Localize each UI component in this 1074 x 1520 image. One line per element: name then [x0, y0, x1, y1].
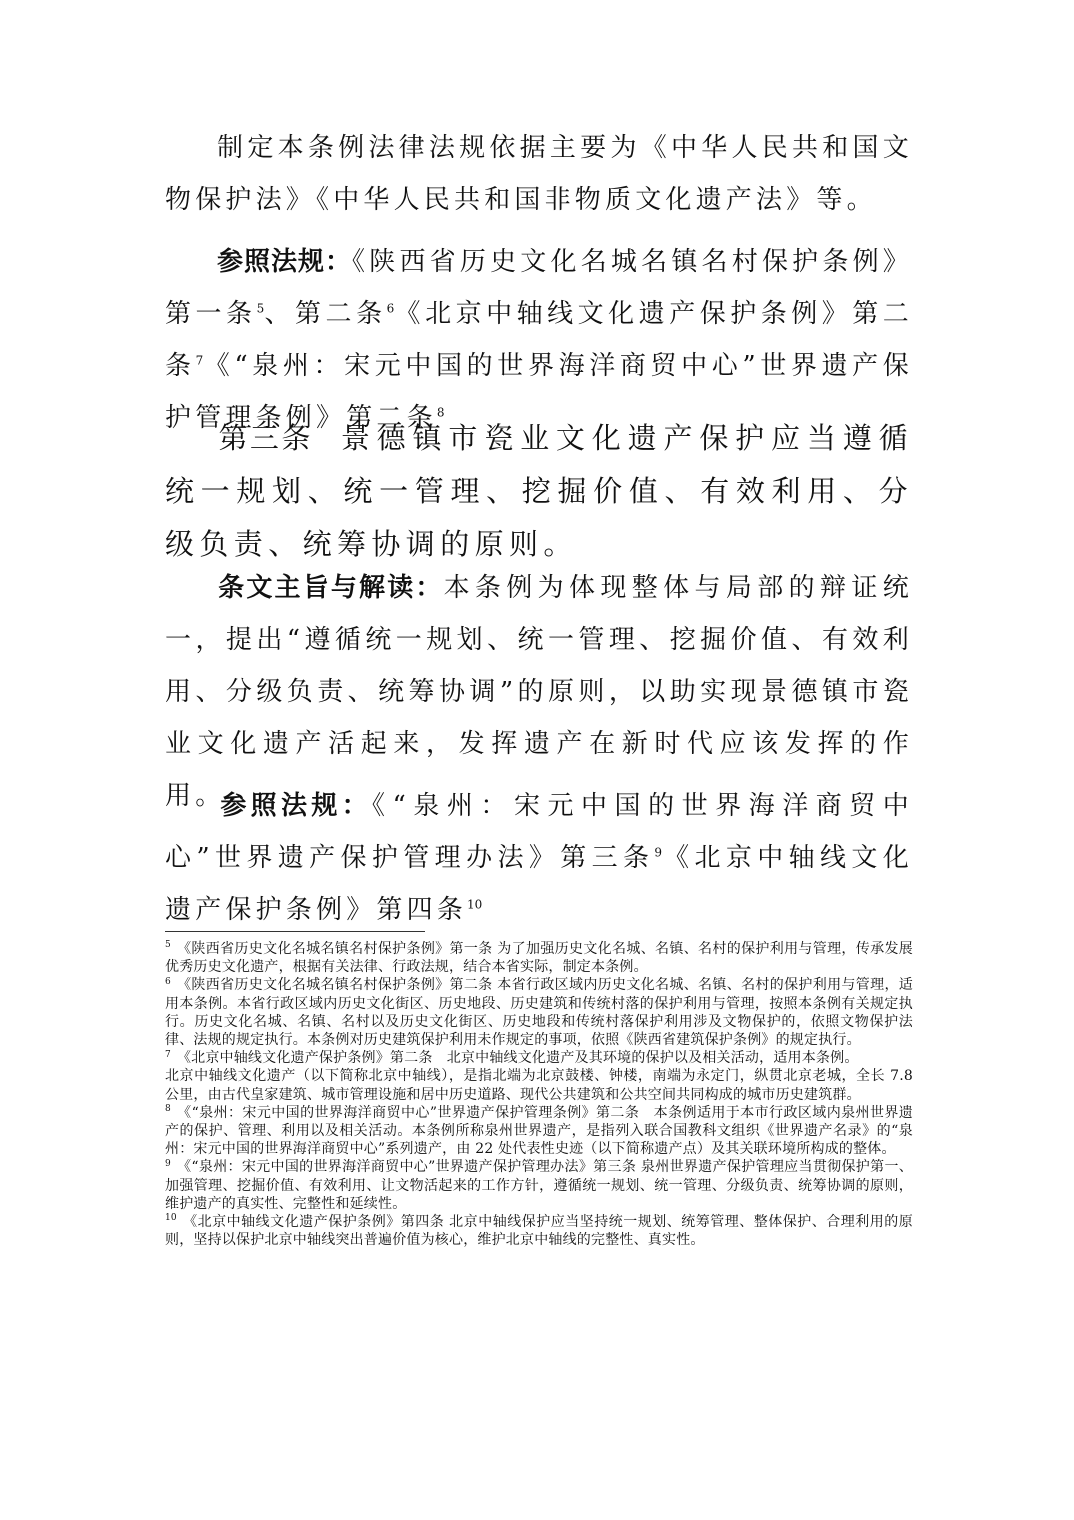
paragraph-reference-laws-2: 参照法规：《“泉州：宋元中国的世界海洋商贸中心”世界遗产保护管理办法》第三条9《…	[165, 780, 913, 936]
footnotes: 5《陕西省历史文化名城名镇名村保护条例》第一条 为了加强历史文化名城、名镇、名村…	[165, 940, 913, 1249]
footnote-number: 8	[165, 1104, 171, 1114]
footnote-text: 《北京中轴线文化遗产保护条例》第四条 北京中轴线保护应当坚持统一规划、统筹管理、…	[165, 1214, 913, 1248]
footnote-number: 9	[165, 1159, 171, 1169]
footnote-text: 《“泉州：宋元中国的世界海洋商贸中心”世界遗产保护管理条例》第二条 本条例适用于…	[165, 1105, 913, 1157]
paragraph-text: 本条例为体现整体与局部的辩证统一，提出“遵循统一规划、统一管理、挖掘价值、有效利…	[165, 573, 913, 811]
footnote-5: 5《陕西省历史文化名城名镇名村保护条例》第一条 为了加强历史文化名城、名镇、名村…	[165, 940, 913, 976]
footnote-text: 《陕西省历史文化名城名镇名村保护条例》第二条 本省行政区域内历史文化名城、名镇、…	[165, 977, 913, 1048]
purpose-interpretation-label: 条文主旨与解读：	[217, 573, 444, 603]
footnote-7: 7《北京中轴线文化遗产保护条例》第二条 北京中轴线文化遗产及其环境的保护以及相关…	[165, 1049, 913, 1067]
reference-laws-label: 参照法规：	[217, 791, 372, 821]
reference-text: 、第二条	[264, 299, 386, 329]
footnote-8: 8《“泉州：宋元中国的世界海洋商贸中心”世界遗产保护管理条例》第二条 本条例适用…	[165, 1104, 913, 1159]
footnote-ref[interactable]: 10	[467, 897, 482, 911]
article-3: 第三条景德镇市瓷业文化遗产保护应当遵循统一规划、统一管理、挖掘价值、有效利用、分…	[165, 412, 913, 571]
footnote-6: 6《陕西省历史文化名城名镇名村保护条例》第二条 本省行政区域内历史文化名城、名镇…	[165, 976, 913, 1049]
reference-laws-label: 参照法规：	[217, 247, 352, 277]
article-number: 第三条	[217, 421, 313, 455]
paragraph-text: 制定本条例法律法规依据主要为《中华人民共和国文物保护法》《中华人民共和国非物质文…	[165, 133, 913, 215]
footnote-text: 《“泉州：宋元中国的世界海洋商贸中心”世界遗产保护管理办法》第三条 泉州世界遗产…	[165, 1159, 913, 1211]
paragraph-legal-basis: 制定本条例法律法规依据主要为《中华人民共和国文物保护法》《中华人民共和国非物质文…	[165, 122, 913, 226]
footnote-10: 10《北京中轴线文化遗产保护条例》第四条 北京中轴线保护应当坚持统一规划、统筹管…	[165, 1213, 913, 1249]
footnote-number: 6	[165, 977, 171, 987]
footnote-number: 5	[165, 940, 171, 950]
footnote-separator	[165, 931, 425, 932]
footnote-9: 9《“泉州：宋元中国的世界海洋商贸中心”世界遗产保护管理办法》第三条 泉州世界遗…	[165, 1158, 913, 1213]
footnote-number: 7	[165, 1050, 171, 1060]
footnote-7-continuation: 北京中轴线文化遗产（以下简称北京中轴线），是指北端为北京鼓楼、钟楼，南端为永定门…	[165, 1067, 913, 1103]
footnote-text: 《北京中轴线文化遗产保护条例》第二条 北京中轴线文化遗产及其环境的保护以及相关活…	[177, 1050, 859, 1066]
footnote-text: 《陕西省历史文化名城名镇名村保护条例》第一条 为了加强历史文化名城、名镇、名村的…	[165, 941, 913, 975]
footnote-number: 10	[165, 1213, 177, 1223]
footnote-ref[interactable]: 9	[654, 845, 662, 859]
